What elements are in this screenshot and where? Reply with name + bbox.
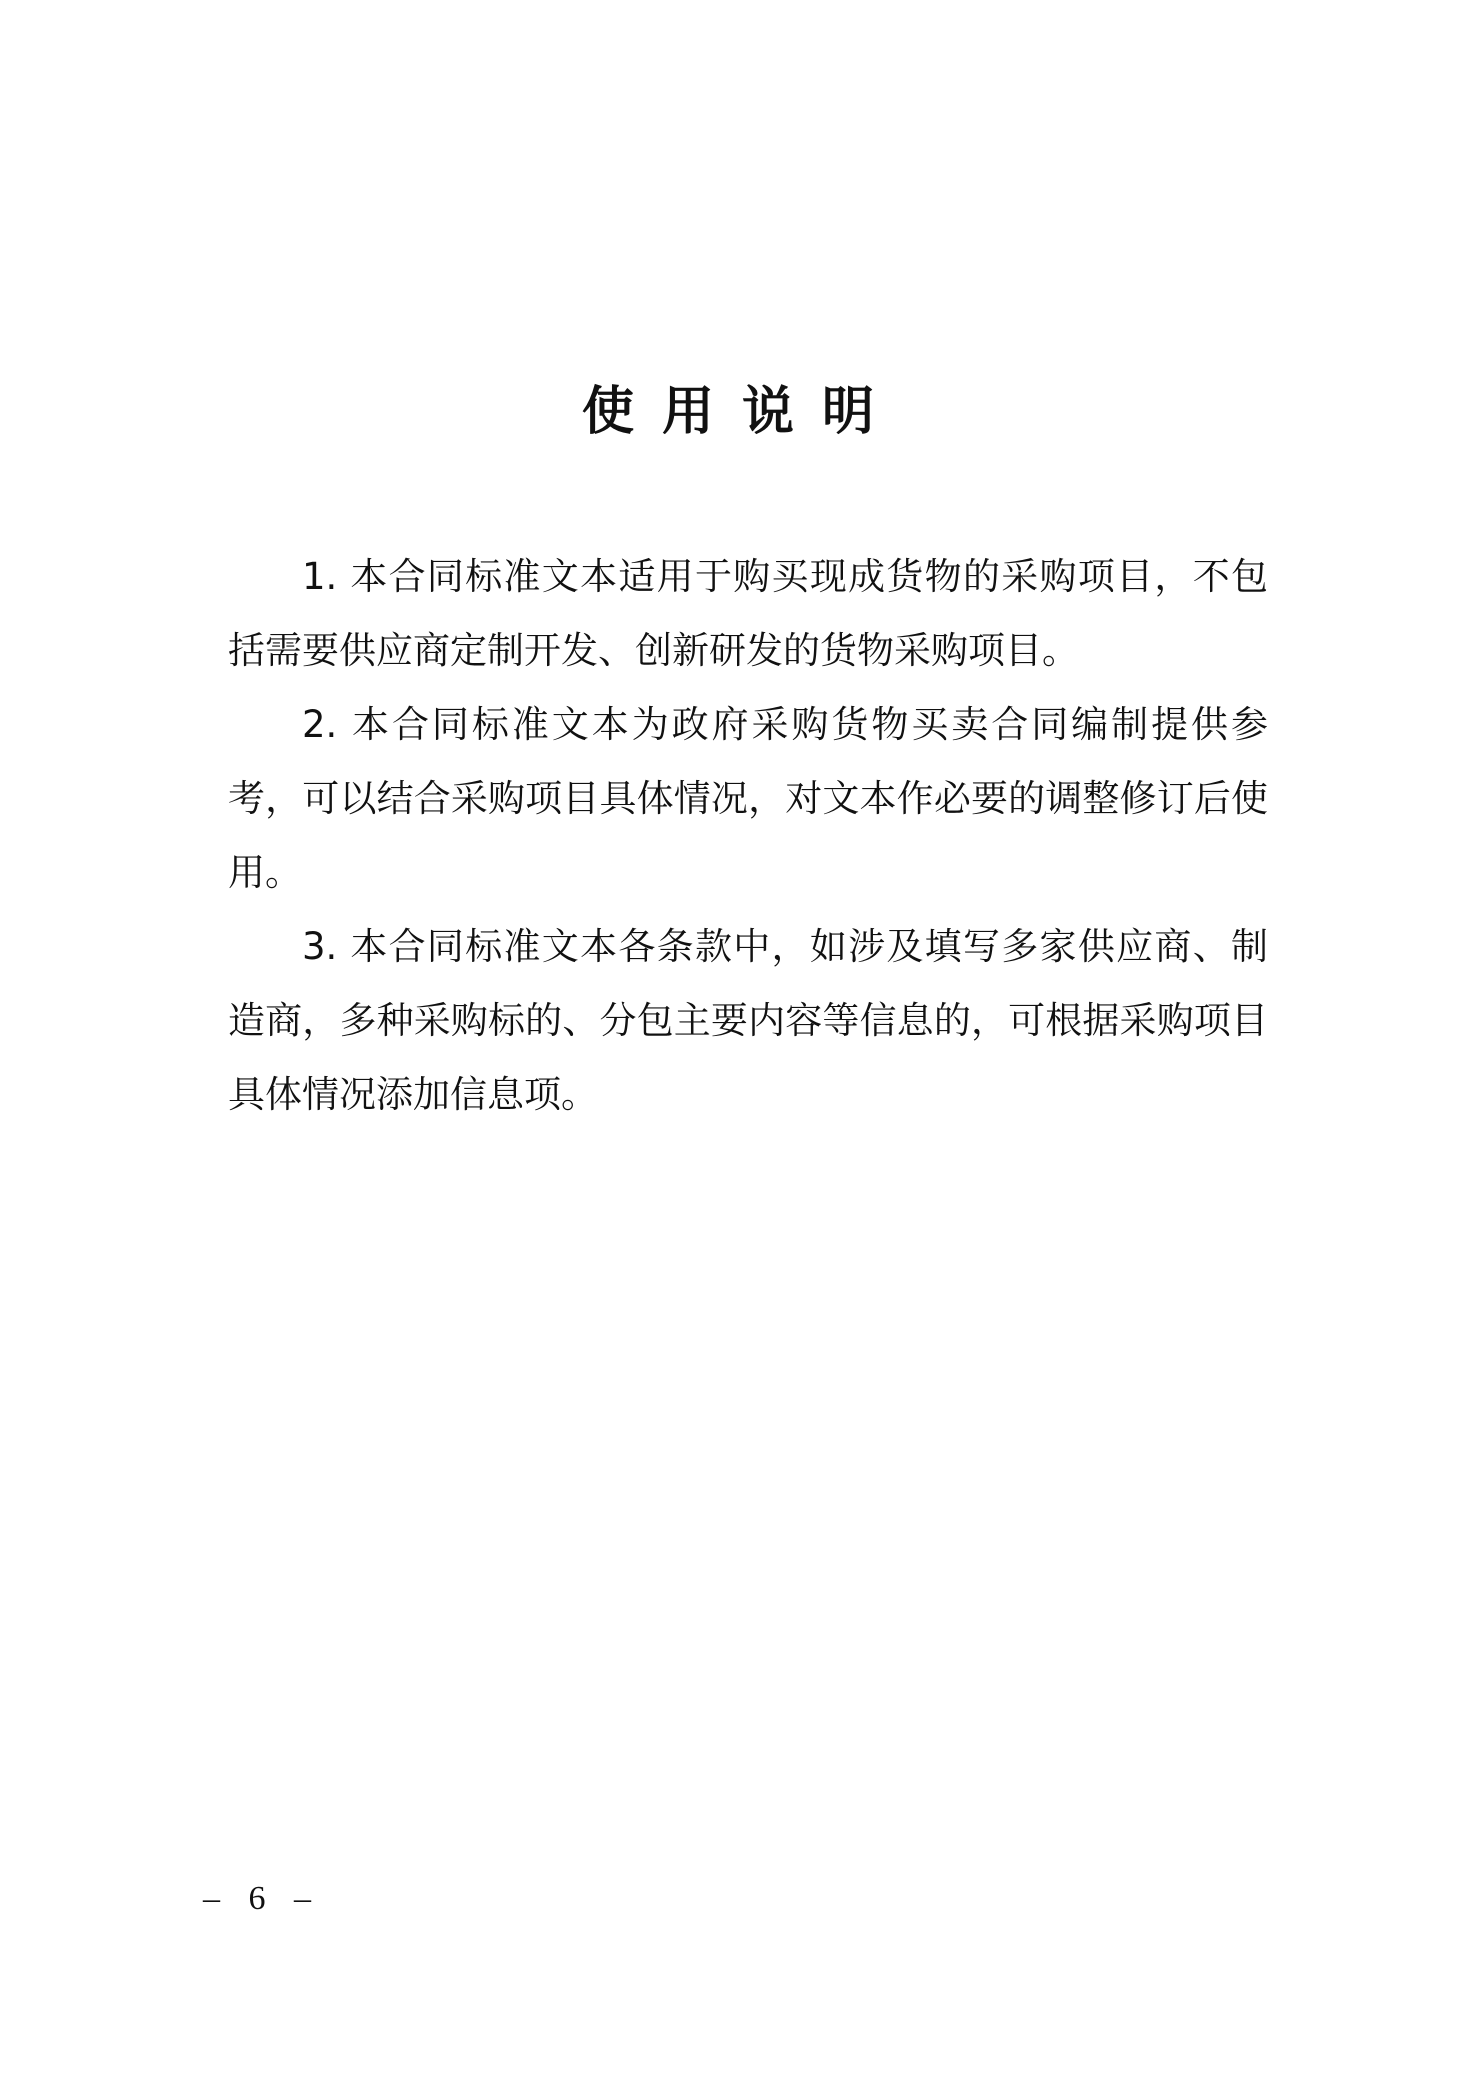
page-number: – 6 –: [203, 1880, 321, 1918]
instructions-body: 1. 本合同标准文本适用于购买现成货物的采购项目，不包括需要供应商定制开发、创新…: [228, 540, 1268, 1132]
document-page: 使用说明 1. 本合同标准文本适用于购买现成货物的采购项目，不包括需要供应商定制…: [0, 0, 1484, 2100]
instruction-paragraph-2: 2. 本合同标准文本为政府采购货物买卖合同编制提供参考，可以结合采购项目具体情况…: [228, 688, 1268, 910]
instruction-paragraph-1: 1. 本合同标准文本适用于购买现成货物的采购项目，不包括需要供应商定制开发、创新…: [228, 540, 1268, 688]
instruction-paragraph-3: 3. 本合同标准文本各条款中，如涉及填写多家供应商、制造商，多种采购标的、分包主…: [228, 910, 1268, 1132]
page-title: 使用说明: [0, 372, 1484, 452]
